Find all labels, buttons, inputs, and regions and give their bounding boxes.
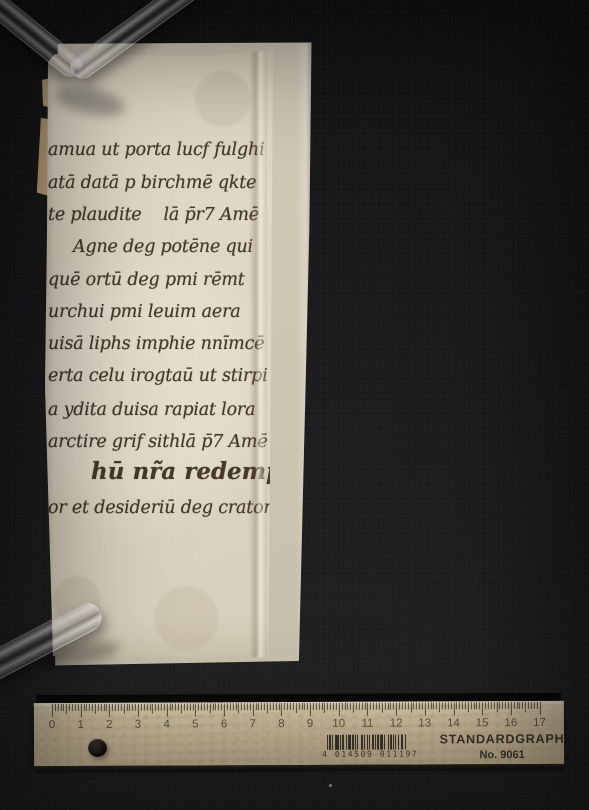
ruler-tick xyxy=(181,704,182,714)
ruler-tick xyxy=(359,703,360,710)
manuscript-line: or et desideriū deg crator xyxy=(48,498,272,518)
ruler-tick xyxy=(281,703,282,716)
ruler-tick xyxy=(164,704,165,711)
ruler-tick xyxy=(135,704,136,711)
ruler-tick xyxy=(462,702,463,709)
ruler-tick xyxy=(92,704,93,711)
ruler-tick xyxy=(393,703,394,710)
ruler-tick xyxy=(339,703,340,716)
ruler-tick xyxy=(106,704,107,711)
ruler-tick xyxy=(319,703,320,710)
ruler-tick xyxy=(407,703,408,710)
ruler-tick xyxy=(187,703,188,710)
ruler-tick xyxy=(66,704,67,714)
ruler-tick xyxy=(316,703,317,710)
ruler-number: 0 xyxy=(39,719,65,731)
ruler-tick xyxy=(155,704,156,711)
ruler-tick xyxy=(347,703,348,710)
ruler-tick xyxy=(293,703,294,710)
ruler-tick xyxy=(273,703,274,710)
ruler-tick xyxy=(436,702,437,709)
ruler-tick xyxy=(221,703,222,710)
manuscript-line: quē ortū deg pmi rēmt xyxy=(48,270,245,290)
ruler-tick xyxy=(505,702,506,709)
ruler-tick xyxy=(126,704,127,711)
ruler-tick xyxy=(158,704,159,711)
ruler-tick xyxy=(330,703,331,710)
ruler-tick xyxy=(278,703,279,710)
ruler-tick xyxy=(476,702,477,709)
ruler-tick xyxy=(399,703,400,710)
ruler-tick xyxy=(253,703,254,716)
ruler-tick xyxy=(364,703,365,710)
ruler-tick xyxy=(448,702,449,709)
ruler-tick xyxy=(367,703,368,716)
ruler-tick xyxy=(244,703,245,710)
ruler-tick xyxy=(101,704,102,711)
ruler-tick xyxy=(207,703,208,710)
ruler-tick xyxy=(261,703,262,710)
ruler-tick xyxy=(413,702,414,709)
ruler-tick xyxy=(258,703,259,710)
ruler-tick xyxy=(416,702,417,709)
ruler-tick xyxy=(284,703,285,710)
ruler-tick xyxy=(215,703,216,710)
ruler-tick xyxy=(192,703,193,710)
ruler-tick xyxy=(491,702,492,709)
manuscript-line: arctire grif sithlā p̄7 Amē xyxy=(48,432,267,452)
barcode-bars xyxy=(327,735,407,750)
manuscript-line: amua ut porta lucf fulghi xyxy=(48,140,264,160)
ruler-tick xyxy=(370,703,371,710)
ruler-number: 16 xyxy=(498,717,524,729)
manuscript-line: te plauditelā p̄r7 Amē xyxy=(48,205,259,225)
ruler-tick xyxy=(508,702,509,709)
ruler-number: 4 xyxy=(154,719,180,731)
manuscript-line: Agne deg potēne qui xyxy=(73,237,253,257)
ruler-tick xyxy=(264,703,265,710)
ruler-tick xyxy=(299,703,300,710)
ruler-tick xyxy=(385,703,386,710)
manuscript-line: erta celu irogtaū ut stirpi xyxy=(48,366,268,386)
ruler-tick xyxy=(121,704,122,711)
ruler-tick xyxy=(471,702,472,709)
ruler-tick xyxy=(537,702,538,709)
ruler-tick xyxy=(324,703,325,713)
ruler-tick xyxy=(233,703,234,710)
ruler-tick xyxy=(210,703,211,713)
ruler-tick xyxy=(396,703,397,716)
ruler-tick xyxy=(138,704,139,717)
ruler-tick xyxy=(488,702,489,709)
ruler-tick xyxy=(129,704,130,711)
ruler-tick xyxy=(439,702,440,712)
ruler-tick xyxy=(353,703,354,713)
ruler-tick xyxy=(60,704,61,711)
ruler-tick xyxy=(531,702,532,709)
ruler-number: 15 xyxy=(469,717,495,729)
ruler-tick xyxy=(422,702,423,709)
dust-speck xyxy=(329,784,332,787)
ruler-tick xyxy=(103,704,104,711)
ruler-tick xyxy=(327,703,328,710)
manuscript-line: a ydita duisa rapiat lora xyxy=(48,400,255,420)
ruler-tick xyxy=(218,703,219,710)
ruler-number: 2 xyxy=(96,719,122,731)
ruler-tick xyxy=(514,702,515,709)
ruler-number: 11 xyxy=(354,718,380,730)
ruler-tick xyxy=(201,703,202,710)
ruler-tick xyxy=(63,704,64,711)
ruler-tick xyxy=(379,703,380,710)
ruler-number: 5 xyxy=(182,718,208,730)
ruler-tick xyxy=(430,702,431,709)
barcode-digits: 4 014509 011197 xyxy=(322,750,408,759)
ruler-tick xyxy=(496,702,497,712)
ruler-tick xyxy=(519,702,520,709)
manuscript-line: uisā liphs imphie nnīmcē xyxy=(48,334,264,354)
ruler-tick xyxy=(382,703,383,713)
ruler-number: 7 xyxy=(240,718,266,730)
ruler-tick xyxy=(433,702,434,709)
ruler-tick xyxy=(270,703,271,710)
ruler-tick xyxy=(321,703,322,710)
ruler-tick xyxy=(473,702,474,709)
ruler-tick xyxy=(144,704,145,711)
ruler-tick xyxy=(132,704,133,711)
ruler-tick xyxy=(522,702,523,709)
ruler-tick xyxy=(290,703,291,710)
ruler-tick xyxy=(442,702,443,709)
ruler-tick xyxy=(149,704,150,711)
ruler-tick xyxy=(468,702,469,712)
ruler-tick xyxy=(296,703,297,713)
ruler-tick xyxy=(224,703,225,716)
photo-stage: amua ut porta lucf fulghiatā datā p birc… xyxy=(0,0,589,810)
ruler-tick xyxy=(250,703,251,710)
ruler-number: 3 xyxy=(125,719,151,731)
ruler-tick xyxy=(445,702,446,709)
ruler-tick xyxy=(307,703,308,710)
ruler-tick xyxy=(118,704,119,711)
ruler-number: 6 xyxy=(211,718,237,730)
manuscript-fragment: amua ut porta lucf fulghiatā datā p birc… xyxy=(45,50,273,661)
ruler-number: 9 xyxy=(297,718,323,730)
ruler-tick xyxy=(75,704,76,711)
ruler-tick xyxy=(238,703,239,713)
ruler-tick xyxy=(198,703,199,710)
ruler-tick xyxy=(230,703,231,710)
ruler-tick xyxy=(178,704,179,711)
ruler-tick xyxy=(387,703,388,710)
ruler-tick xyxy=(86,704,87,711)
ruler-tick xyxy=(479,702,480,709)
ruler-number: 14 xyxy=(440,717,466,729)
manuscript-line: urchui pmi leuim aera xyxy=(48,302,240,322)
ruler: 01234567891011121314151617 4 014509 0111… xyxy=(34,693,564,775)
ruler-tick xyxy=(405,703,406,710)
ruler-number: 12 xyxy=(383,718,409,730)
ruler-tick xyxy=(52,704,53,717)
ruler-tick xyxy=(287,703,288,710)
ruler-tick xyxy=(362,703,363,710)
ruler-tick xyxy=(465,702,466,709)
ruler-tick xyxy=(516,702,517,709)
ruler-tick xyxy=(344,703,345,710)
ruler-tick xyxy=(141,704,142,711)
ruler-tick xyxy=(482,702,483,715)
ruler-number: 13 xyxy=(412,717,438,729)
ruler-tick xyxy=(310,703,311,716)
ruler-tick xyxy=(167,704,168,717)
ruler-model-label: No. 9061 xyxy=(422,749,582,762)
ruler-tick xyxy=(124,704,125,714)
barcode: 4 014509 011197 xyxy=(322,735,408,761)
ruler-tick xyxy=(69,704,70,711)
ruler-tick xyxy=(172,704,173,711)
ruler-tick xyxy=(58,704,59,711)
ruler-tick xyxy=(195,703,196,716)
ruler-tick xyxy=(247,703,248,710)
ruler-wood: 01234567891011121314151617 4 014509 0111… xyxy=(34,701,564,766)
ruler-tick xyxy=(402,703,403,710)
ruler-tick xyxy=(528,702,529,709)
ruler-tick xyxy=(390,703,391,710)
ruler-tick xyxy=(115,704,116,711)
ruler-tick xyxy=(333,703,334,710)
ruler-number: 10 xyxy=(326,718,352,730)
ruler-hole xyxy=(88,739,107,757)
ruler-tick xyxy=(212,703,213,710)
ruler-tick xyxy=(204,703,205,710)
ruler-tick xyxy=(502,702,503,709)
ruler-tick xyxy=(525,702,526,712)
ruler-tick xyxy=(304,703,305,710)
ruler-tick xyxy=(81,704,82,717)
ruler-tick xyxy=(456,702,457,709)
ruler-number: 8 xyxy=(268,718,294,730)
ruler-tick xyxy=(276,703,277,710)
ruler-tick xyxy=(356,703,357,710)
ruler-tick xyxy=(373,703,374,710)
ruler-tick xyxy=(109,704,110,717)
ruler-tick xyxy=(419,702,420,709)
ruler-brand-label: STANDARDGRAPH xyxy=(422,732,582,747)
ruler-tick xyxy=(376,703,377,710)
ruler-tick xyxy=(235,703,236,710)
ruler-tick xyxy=(147,704,148,711)
ruler-tick xyxy=(410,703,411,713)
ruler-tick xyxy=(267,703,268,713)
ruler-tick xyxy=(98,704,99,711)
ruler-tick xyxy=(534,702,535,709)
ruler-tick xyxy=(499,702,500,709)
ruler-tick xyxy=(453,702,454,715)
ruler-tick xyxy=(301,703,302,710)
ruler-tick xyxy=(425,702,426,715)
ruler-tick xyxy=(175,704,176,711)
ruler-tick xyxy=(55,704,56,711)
ruler-tick xyxy=(72,704,73,711)
ruler-tick xyxy=(313,703,314,710)
ruler-tick xyxy=(152,704,153,714)
ruler-tick xyxy=(227,703,228,710)
ruler-tick xyxy=(350,703,351,710)
ruler-tick xyxy=(485,702,486,709)
ruler-tick xyxy=(255,703,256,710)
ruler-tick xyxy=(112,704,113,711)
ruler-tick xyxy=(241,703,242,710)
ruler-tick xyxy=(511,702,512,715)
ruler-tick xyxy=(451,702,452,709)
ruler-tick xyxy=(184,703,185,710)
ruler-tick xyxy=(539,702,540,715)
ruler-tick xyxy=(161,704,162,711)
ruler-tick xyxy=(89,704,90,711)
ruler-tick xyxy=(336,703,337,710)
ruler-tick xyxy=(169,704,170,711)
ruler-bottom-shadow xyxy=(35,764,563,773)
ruler-tick xyxy=(342,703,343,710)
ruler-number: 17 xyxy=(526,717,552,729)
ruler-tick xyxy=(494,702,495,709)
manuscript-line: atā datā p birchmē qkte xyxy=(48,173,256,193)
ruler-number: 1 xyxy=(68,719,94,731)
ruler-tick xyxy=(83,704,84,711)
ruler-tick xyxy=(428,702,429,709)
ruler-tick xyxy=(78,704,79,711)
ruler-tick xyxy=(95,704,96,714)
ruler-tick xyxy=(190,703,191,710)
fold-crease xyxy=(249,50,267,661)
ruler-tick xyxy=(459,702,460,709)
